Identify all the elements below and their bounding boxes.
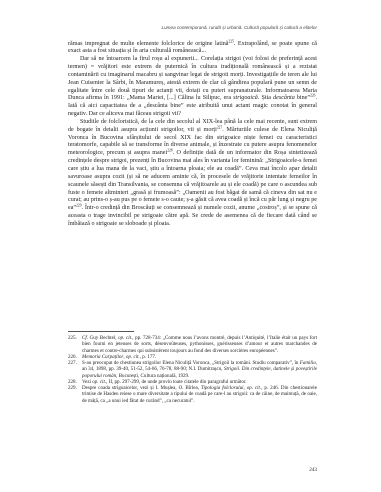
- footnote: 225. Cf. Guy Bechtel, op. cit., pp. 728-…: [68, 335, 317, 354]
- footnote-text: S-au preocupat de chestiunea strigoilor …: [82, 360, 317, 379]
- footnote-ref: 225: [229, 39, 234, 43]
- italic-text: op. cit.: [247, 385, 262, 391]
- italic-text: Tipologia folclorului: [201, 385, 244, 391]
- footnote-ref: 229: [76, 204, 81, 208]
- paragraph: rămas impregnat de multe elemente folclo…: [68, 41, 317, 57]
- footnote-number: 229.: [68, 385, 82, 404]
- footnote-ref: 226: [310, 94, 315, 98]
- italic-text: op. cit.: [126, 354, 140, 360]
- paragraph: Dar să ne întoarcem la firul roșu al exp…: [68, 56, 317, 119]
- italic-text: Strigoii. Din credințele, datinele și po…: [82, 366, 317, 378]
- italic-text: Memoria Carpaților: [82, 354, 123, 360]
- page-number: 243: [290, 467, 317, 473]
- footnote-separator: [68, 331, 134, 332]
- footnote: 227. S-au preocupat de chestiunea strigo…: [68, 360, 317, 379]
- italic-text: op. cit.: [118, 335, 132, 341]
- body-text: rămas impregnat de multe elemente folclo…: [68, 41, 317, 229]
- footnote: 229. Despre coada strigoaicelor, vezi și…: [68, 385, 317, 404]
- footnote-text: Cf. Guy Bechtel, op. cit., pp. 728-734: …: [82, 335, 317, 354]
- italic-text: op. cit.: [92, 379, 106, 385]
- running-head: Lumea contemporană, rurală și urbană. Cu…: [100, 25, 317, 30]
- book-page: Lumea contemporană, rurală și urbană. Cu…: [0, 0, 381, 492]
- paragraph: Studiile de folcloristică, de la cele di…: [68, 119, 317, 229]
- italic-text: strigoaică: [233, 95, 258, 101]
- footnote-text: Despre coada strigoaicelor, vezi și I. M…: [82, 385, 317, 404]
- italic-text: descânta: [273, 95, 295, 101]
- footnote-number: 225.: [68, 335, 82, 354]
- footnote-ref: 227: [217, 125, 222, 129]
- footnote-number: 227.: [68, 360, 82, 379]
- italic-text: Cf.: [82, 335, 88, 341]
- italic-text: Familia: [300, 360, 316, 366]
- footnotes: 225. Cf. Guy Bechtel, op. cit., pp. 728-…: [68, 335, 317, 404]
- footnote-ref: 228: [167, 149, 172, 153]
